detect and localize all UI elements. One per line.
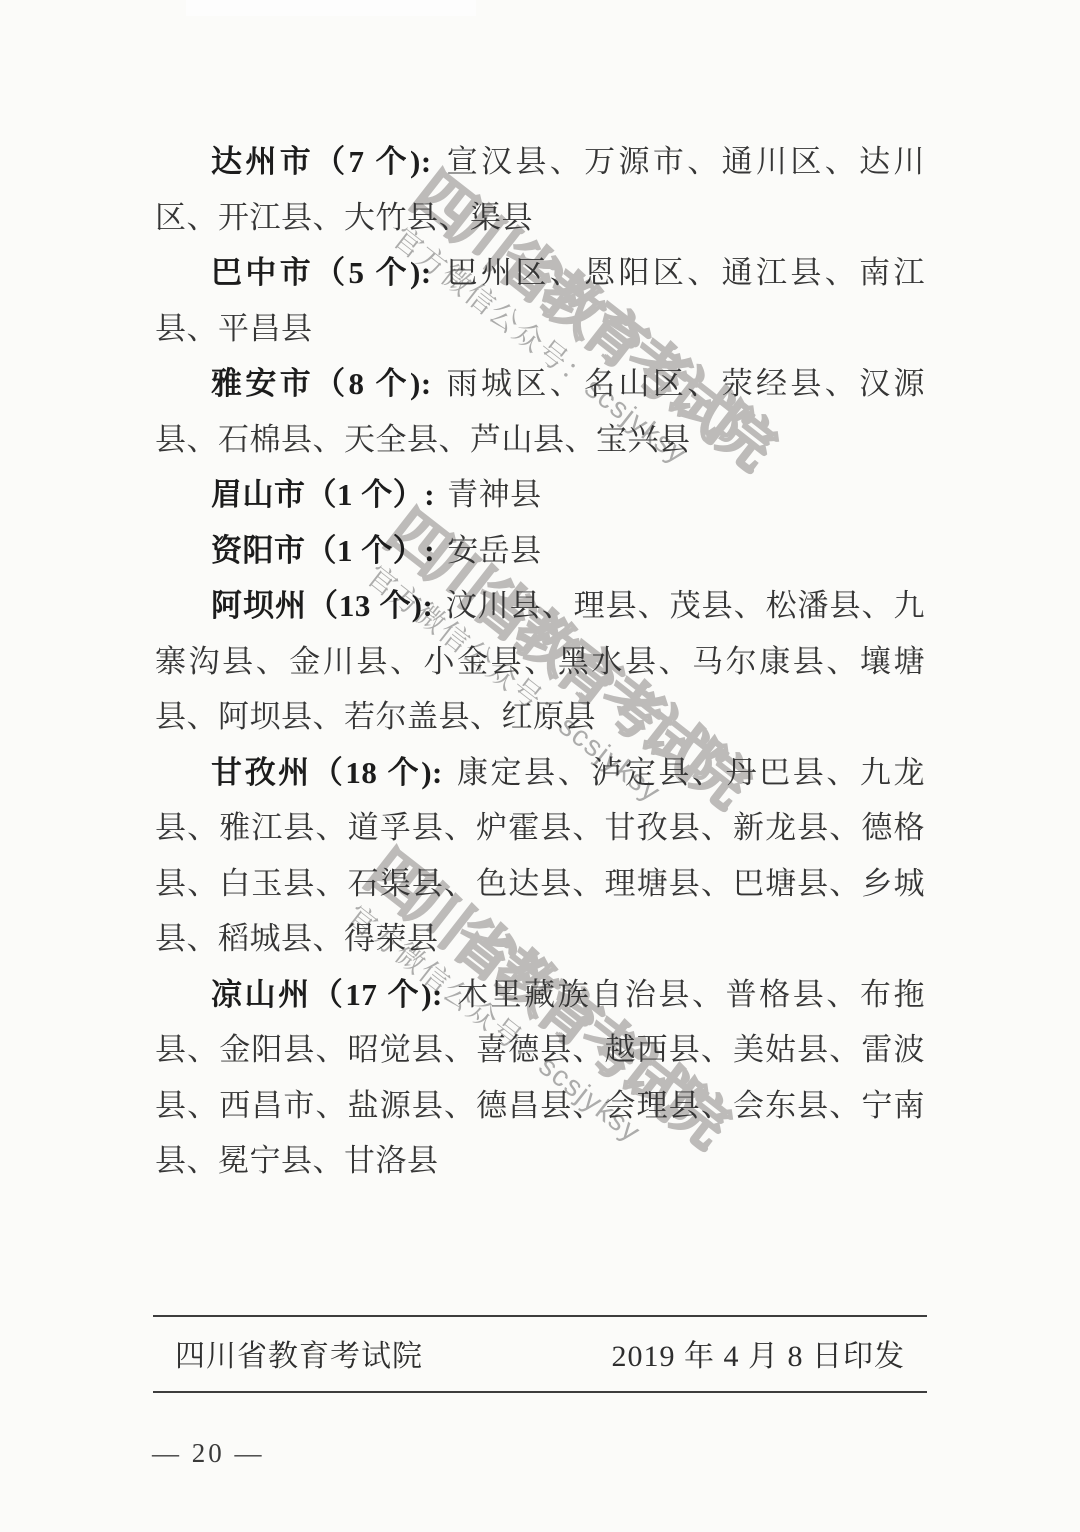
paragraph: 眉山市（1 个）:青神县 (155, 467, 925, 523)
county-list: 青神县 (447, 477, 542, 512)
document-page: 四川省教育考试院 官方微信公众号：scsjyksy 四川省教育考试院 官方微信公… (0, 0, 1080, 1532)
county-list: 安岳县 (447, 533, 542, 568)
paragraph: 凉山州（17 个):木里藏族自治县、普格县、布拖县、金阳县、昭觉县、喜德县、越西… (155, 967, 925, 1189)
city-label: 眉山市（1 个）: (211, 477, 435, 512)
paragraph: 资阳市（1 个）:安岳县 (155, 523, 925, 579)
city-label: 阿坝州（13 个): (211, 588, 433, 623)
page-number: — 20 — (152, 1438, 265, 1469)
footer-rule-bottom (153, 1391, 927, 1393)
city-label: 资阳市（1 个）: (211, 533, 435, 568)
paragraph: 达州市（7 个):宣汉县、万源市、通川区、达川区、开江县、大竹县、渠县 (155, 134, 925, 245)
city-label: 雅安市（8 个): (211, 366, 432, 401)
page-footer: 四川省教育考试院 2019 年 4 月 8 日印发 (153, 1331, 927, 1375)
paragraph: 甘孜州（18 个):康定县、泸定县、丹巴县、九龙县、雅江县、道孚县、炉霍县、甘孜… (155, 745, 925, 967)
city-label: 凉山州（17 个): (211, 977, 443, 1012)
paragraph: 雅安市（8 个):雨城区、名山区、荥经县、汉源县、石棉县、天全县、芦山县、宝兴县 (155, 356, 925, 467)
footer-rule-top (153, 1315, 927, 1317)
paragraph: 阿坝州（13 个):汶川县、理县、茂县、松潘县、九寨沟县、金川县、小金县、黑水县… (155, 578, 925, 745)
city-label: 甘孜州（18 个): (211, 755, 443, 790)
city-label: 达州市（7 个): (211, 144, 432, 179)
document-body: 达州市（7 个):宣汉县、万源市、通川区、达川区、开江县、大竹县、渠县巴中市（5… (155, 134, 925, 1189)
paragraph: 巴中市（5 个):巴州区、恩阳区、通江县、南江县、平昌县 (155, 245, 925, 356)
city-label: 巴中市（5 个): (211, 255, 432, 290)
print-date: 2019 年 4 月 8 日印发 (612, 1331, 928, 1375)
scan-artifact (186, 0, 476, 16)
issuer-name: 四川省教育考试院 (153, 1331, 423, 1375)
